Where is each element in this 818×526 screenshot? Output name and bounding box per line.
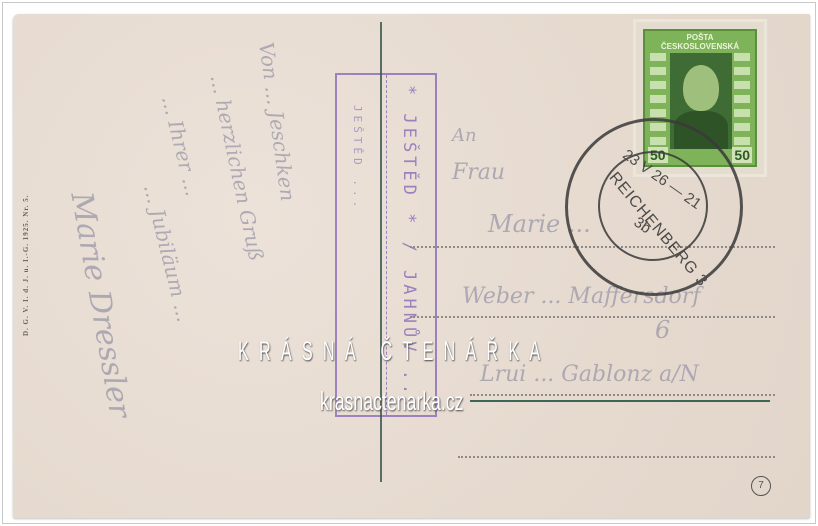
- portrait-head: [683, 65, 719, 111]
- address-text: Frau: [452, 160, 505, 185]
- publisher-imprint: D. G. V. I. d. J. u. I.-G. 1925. Nr. 5.: [22, 150, 38, 380]
- laurel-right-ornament: [734, 53, 750, 149]
- address-text: 6: [655, 316, 670, 344]
- address-line: [458, 456, 775, 458]
- stamp-value-right: 50: [732, 147, 752, 163]
- stamp-header-line: POŠTA: [645, 33, 755, 42]
- address-line: [470, 394, 775, 396]
- stamp-header-line: ČESKOSLOVENSKÁ: [645, 42, 755, 51]
- postmark: 23 V 26 — 21 3b REICHENBERG 3: [565, 118, 743, 296]
- address-underline: [470, 400, 770, 402]
- cachet-secondary-text: JEŠTĚD ...: [351, 105, 364, 211]
- watermark-title: KRÁSNÁ ČTENÁŘKA: [238, 336, 550, 367]
- address-line: [410, 316, 775, 318]
- watermark-url: krasnactenarka.cz: [320, 386, 463, 417]
- stamp-header: POŠTA ČESKOSLOVENSKÁ: [645, 33, 755, 51]
- address-text: An: [452, 125, 477, 146]
- circled-page-number: 7: [751, 476, 771, 496]
